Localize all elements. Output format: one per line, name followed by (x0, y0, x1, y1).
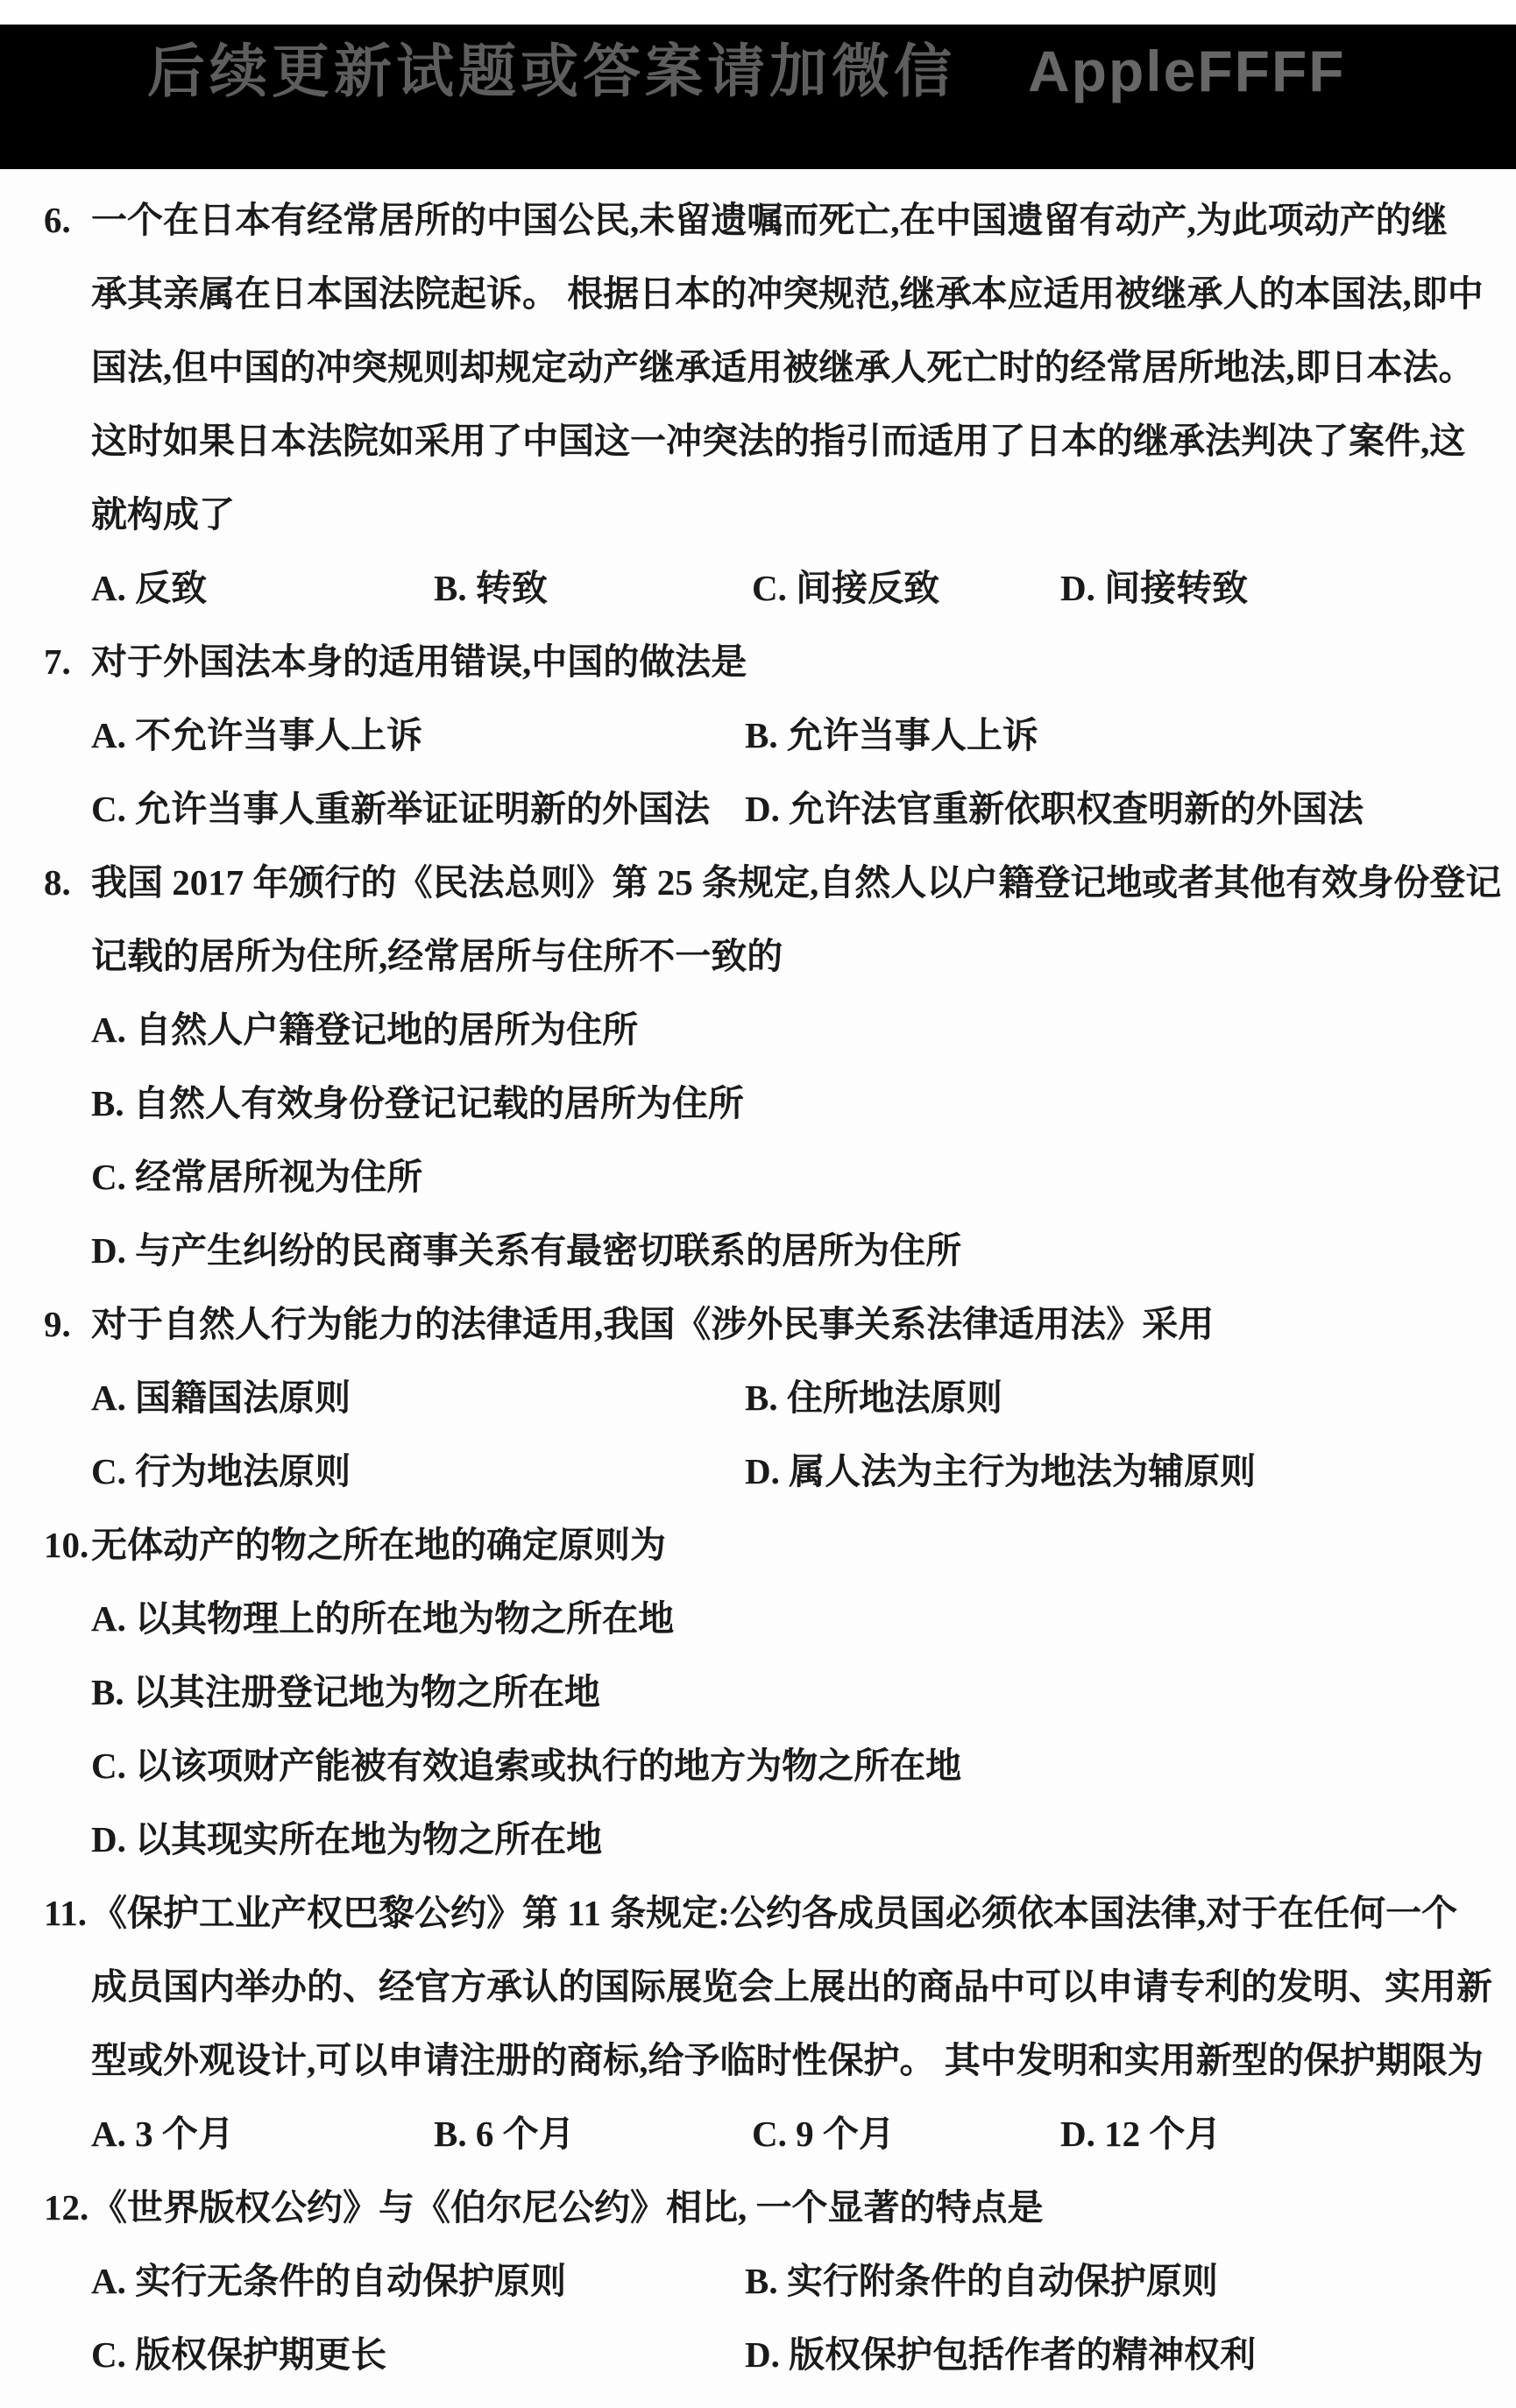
exam-page-body: 6.一个在日本有经常居所的中国公民,未留遗嘱而死亡,在中国遗留有动产,为此项动产… (0, 169, 1516, 2391)
question-8-option-b: B. 自然人有效身份登记记载的居所为住所 (0, 1066, 1516, 1140)
question-12-option-b: B. 实行附条件的自动保护原则 (745, 2244, 1218, 2318)
question-7-option-b: B. 允许当事人上诉 (745, 698, 1038, 772)
wechat-banner: 后续更新试题或答案请加微信AppleFFFF (0, 25, 1516, 169)
question-7-option-d: D. 允许法官重新依职权查明新的外国法 (745, 772, 1364, 846)
question-11-option-c: C. 9 个月 (752, 2097, 895, 2171)
question-8-line-2: 记载的居所为住所,经常居所与住所不一致的 (0, 919, 1516, 993)
question-6-line-5: 就构成了 (0, 478, 1516, 551)
question-12-options-row-1: A. 实行无条件的自动保护原则 B. 实行附条件的自动保护原则 (0, 2244, 1516, 2318)
question-9-option-b: B. 住所地法原则 (745, 1361, 1002, 1434)
question-10-option-c: C. 以该项财产能被有效追索或执行的地方为物之所在地 (0, 1729, 1516, 1802)
top-white-strip (0, 0, 1516, 25)
question-7-options-row-2: C. 允许当事人重新举证证明新的外国法 D. 允许法官重新依职权查明新的外国法 (0, 772, 1516, 846)
question-11-option-a: A. 3 个月 (91, 2097, 234, 2171)
question-12-number: 12. (44, 2171, 91, 2244)
question-8-line-1: 8.我国 2017 年颁行的《民法总则》第 25 条规定,自然人以户籍登记地或者… (0, 846, 1516, 919)
question-11-options-row: A. 3 个月 B. 6 个月 C. 9 个月 D. 12 个月 (0, 2097, 1516, 2171)
question-10-line-1: 10.无体动产的物之所在地的确定原则为 (0, 1508, 1516, 1582)
question-7-line-1: 7.对于外国法本身的适用错误,中国的做法是 (0, 625, 1516, 698)
question-12-option-a: A. 实行无条件的自动保护原则 (91, 2244, 566, 2318)
question-6-option-a: A. 反致 (91, 551, 207, 625)
banner-wechat-handle: AppleFFFF (1028, 39, 1346, 103)
question-6-option-c: C. 间接反致 (752, 551, 939, 625)
question-8-option-a: A. 自然人户籍登记地的居所为住所 (0, 993, 1516, 1066)
question-12-line-1: 12.《世界版权公约》与《伯尔尼公约》相比, 一个显著的特点是 (0, 2171, 1516, 2244)
question-10-option-d: D. 以其现实所在地为物之所在地 (0, 1802, 1516, 1876)
banner-text: 后续更新试题或答案请加微信AppleFFFF (0, 25, 1516, 113)
question-11-line-3: 型或外观设计,可以申请注册的商标,给予临时性保护。 其中发明和实用新型的保护期限… (0, 2023, 1516, 2097)
question-6-option-b: B. 转致 (434, 551, 548, 625)
question-7-stem: 对于外国法本身的适用错误,中国的做法是 (91, 641, 747, 682)
question-10-number: 10. (44, 1508, 91, 1582)
question-6-number: 6. (44, 183, 91, 257)
banner-message: 后续更新试题或答案请加微信 (147, 40, 956, 104)
question-11-line-1: 11.《保护工业产权巴黎公约》第 11 条规定:公约各成员国必须依本国法律,对于… (0, 1876, 1516, 1950)
question-7-option-c: C. 允许当事人重新举证证明新的外国法 (91, 772, 710, 846)
question-7-options-row-1: A. 不允许当事人上诉 B. 允许当事人上诉 (0, 698, 1516, 772)
question-9-option-a: A. 国籍国法原则 (91, 1361, 351, 1434)
question-9-line-1: 9.对于自然人行为能力的法律适用,我国《涉外民事关系法律适用法》采用 (0, 1287, 1516, 1361)
question-9-stem: 对于自然人行为能力的法律适用,我国《涉外民事关系法律适用法》采用 (91, 1304, 1214, 1344)
question-8-stem: 我国 2017 年颁行的《民法总则》第 25 条规定,自然人以户籍登记地或者其他… (91, 862, 1501, 903)
question-11-number: 11. (44, 1876, 91, 1950)
question-11-option-b: B. 6 个月 (434, 2097, 575, 2171)
question-9-option-c: C. 行为地法原则 (91, 1434, 351, 1508)
question-6-line-4: 这时如果日本法院如采用了中国这一冲突法的指引而适用了日本的继承法判决了案件,这 (0, 404, 1516, 478)
question-6-line-3: 国法,但中国的冲突规则却规定动产继承适用被继承人死亡时的经常居所地法,即日本法。 (0, 330, 1516, 404)
question-6-options-row: A. 反致 B. 转致 C. 间接反致 D. 间接转致 (0, 551, 1516, 625)
question-9-option-d: D. 属人法为主行为地法为辅原则 (745, 1434, 1256, 1508)
question-8-option-d: D. 与产生纠纷的民商事关系有最密切联系的居所为住所 (0, 1214, 1516, 1287)
question-12-option-d: D. 版权保护包括作者的精神权利 (745, 2318, 1256, 2391)
question-8-number: 8. (44, 846, 91, 919)
question-11-stem: 《保护工业产权巴黎公约》第 11 条规定:公约各成员国必须依本国法律,对于在任何… (91, 1893, 1457, 1933)
question-9-number: 9. (44, 1287, 91, 1361)
question-6-option-d: D. 间接转致 (1060, 551, 1248, 625)
question-9-options-row-2: C. 行为地法原则 D. 属人法为主行为地法为辅原则 (0, 1434, 1516, 1508)
question-7-number: 7. (44, 625, 91, 698)
question-6-stem: 一个在日本有经常居所的中国公民,未留遗嘱而死亡,在中国遗留有动产,为此项动产的继 (91, 200, 1448, 240)
question-7-option-a: A. 不允许当事人上诉 (91, 698, 422, 772)
question-6-line-2: 承其亲属在日本国法院起诉。 根据日本的冲突规范,继承本应适用被继承人的本国法,即… (0, 257, 1516, 330)
question-9-options-row-1: A. 国籍国法原则 B. 住所地法原则 (0, 1361, 1516, 1434)
question-10-option-b: B. 以其注册登记地为物之所在地 (0, 1655, 1516, 1729)
question-10-stem: 无体动产的物之所在地的确定原则为 (91, 1525, 666, 1565)
question-12-options-row-2: C. 版权保护期更长 D. 版权保护包括作者的精神权利 (0, 2318, 1516, 2391)
question-6-line-1: 6.一个在日本有经常居所的中国公民,未留遗嘱而死亡,在中国遗留有动产,为此项动产… (0, 183, 1516, 257)
question-8-option-c: C. 经常居所视为住所 (0, 1140, 1516, 1214)
question-12-option-c: C. 版权保护期更长 (91, 2318, 386, 2391)
question-11-line-2: 成员国内举办的、经官方承认的国际展览会上展出的商品中可以申请专利的发明、实用新 (0, 1950, 1516, 2023)
question-10-option-a: A. 以其物理上的所在地为物之所在地 (0, 1582, 1516, 1655)
question-12-stem: 《世界版权公约》与《伯尔尼公约》相比, 一个显著的特点是 (91, 2187, 1044, 2227)
question-11-option-d: D. 12 个月 (1060, 2097, 1221, 2171)
